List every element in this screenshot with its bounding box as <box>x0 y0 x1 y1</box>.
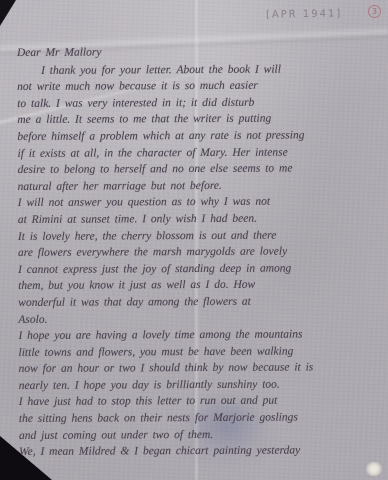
letter-line: It is lovely here, the cherry blossom is… <box>18 227 382 245</box>
paper-blemish-bottom-right <box>366 462 382 476</box>
letter-line: are flowers everywhere the marsh marygol… <box>18 243 382 261</box>
letter-line: and just coming out under two of them. <box>19 426 383 444</box>
letter-line: I will not answer you question as to why… <box>18 193 382 211</box>
handwritten-letter-scan: [APR 1941] 3 Dear Mr Mallory I thank you… <box>0 0 388 480</box>
salutation: Dear Mr Mallory <box>17 43 381 61</box>
letter-line: not write much now because it is so much… <box>17 77 381 95</box>
letter-line: Asolo. <box>18 310 382 328</box>
letter-line: little towns and flowers, you must be ha… <box>18 343 382 361</box>
letter-line: if it exists at all, in the character of… <box>17 144 381 162</box>
letter-line: wonderful it was that day among the flow… <box>18 293 382 311</box>
letter-line: before himself a problem which at any ra… <box>17 127 381 145</box>
letter-line: at Rimini at sunset time. I only wish I … <box>18 210 382 228</box>
album-backing-corner-top-left <box>0 0 16 26</box>
letter-line: me a little. It seems to me that the wri… <box>17 110 381 128</box>
letter-line: the sitting hens back on their nests for… <box>19 409 383 427</box>
letter-line: I cannot express just the joy of standin… <box>18 260 382 278</box>
letter-line: now for an hour or two I should think by… <box>19 359 383 377</box>
letter-line: them, but you know it just as well as I … <box>18 276 382 294</box>
archive-page-number-badge: 3 <box>368 5 381 18</box>
letter-line: I have just had to stop this letter to r… <box>19 393 383 411</box>
letter-body: Dear Mr Mallory I thank you for your let… <box>17 43 383 461</box>
letter-line: We, I mean Mildred & I began chicart pai… <box>19 442 383 460</box>
letter-line: natural after her marriage but not befor… <box>18 177 382 195</box>
letter-line: I hope you are having a lovely time amon… <box>18 326 382 344</box>
letter-line: nearly ten. I hope you day is brilliantl… <box>19 376 383 394</box>
pencil-date-annotation: [APR 1941] <box>266 8 342 20</box>
letter-line: desire to belong to herself and no one e… <box>18 160 382 178</box>
letter-line: to talk. I was very interested in it; it… <box>17 94 381 112</box>
letter-line: I thank you for your letter. About the b… <box>17 61 381 79</box>
letter-lines: I thank you for your letter. About the b… <box>17 61 383 461</box>
